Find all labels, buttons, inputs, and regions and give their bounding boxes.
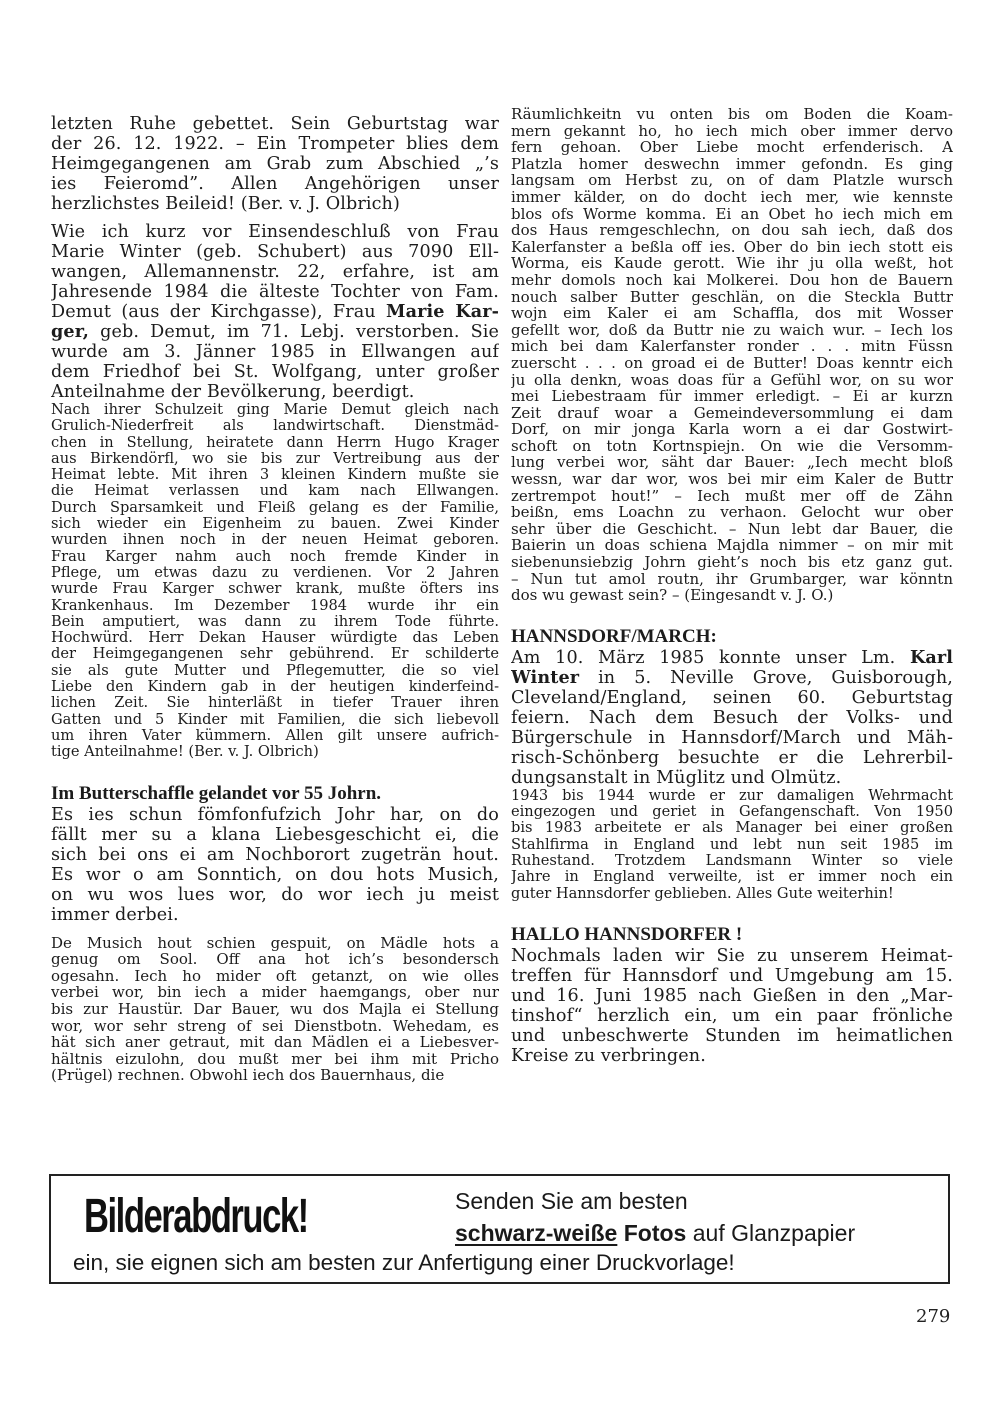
ad-line-3: ein, sie eignen sich am besten zur Anfer… [73,1250,735,1276]
text-line: Nochmals laden wir Sie zu unserem Heimat… [511,946,953,966]
text-line: hältnis eizulohn, dou mußt mer bei ihm m… [51,1051,499,1068]
text-line: sich bei ons ei am Nochborort zugeträn h… [51,845,499,865]
text-line: Krankenhaus. Im Dezember 1984 wurde ihr … [51,598,499,614]
text-line: dos wu gewast sein? – (Eingesandt v. J. … [511,587,953,604]
document-page: letzten Ruhe gebettet. Sein Geburtstag w… [0,0,1000,1413]
text-line: Gatten und 5 Kinder mit Familien, die si… [51,712,499,728]
text-line: feiern. Nach dem Besuch der Volks- und [511,708,953,728]
text-line: wurde Frau Karger schwer krank, mußte öf… [51,581,499,597]
butterschaffle-heading: Im Butterschaffle gelandet vor 55 Johrn. [51,783,499,805]
text-line: guter Hannsdorfer geblieben. Alles Gute … [511,886,953,902]
text-line: wurde am 3. Jänner 1985 in Ellwangen auf [51,342,499,362]
text-line: Dorf, on mir jonga Karla worn a ei dar G… [511,421,953,438]
text-line: gefellt wor, doß da Buttr nie zu waich w… [511,322,953,339]
text-line: wor, wor sehr streng of sei Dienstbotn. … [51,1018,499,1035]
text-line: fällt mer su a klana Liebesgeschicht ei,… [51,825,499,845]
text-line: bis zur Haustür. Dar Bauer, wu dos Majla… [51,1001,499,1018]
text-line: Demut (aus der Kirchgasse), Frau Marie K… [51,302,499,322]
hallo-hannsdorfer-heading: HALLO HANNSDORFER ! [511,924,953,946]
text-line: hät sich aner getraut, mit dan Mädlen ei… [51,1034,499,1051]
text-line: um ihren Vater kümmern. Allen gilt unser… [51,728,499,744]
text-line: dem Friedhof bei St. Wolfgang, unter gro… [51,362,499,382]
text-line: mern gekannt ho, ho iech mich ober immer… [511,123,953,140]
text-line: 1943 bis 1944 wurde er zur damaligen Weh… [511,788,953,804]
photo-submission-notice: Bilderabdruck! Senden Sie am besten schw… [49,1174,950,1284]
ad-emphasis-fotos: Fotos [624,1220,687,1246]
left-column: letzten Ruhe gebettet. Sein Geburtstag w… [51,114,499,1084]
ad-title: Bilderabdruck! [84,1190,308,1244]
text-line: Cleveland/England, seinen 60. Geburtstag [511,688,953,708]
text-line: – Nun tut amol routn, ihr Grumbarger, wa… [511,571,953,588]
obituary-olbrich-end: letzten Ruhe gebettet. Sein Geburtstag w… [51,114,499,214]
text-line: wojn eim Kaler ei am Schaffla, dos mit W… [511,305,953,322]
text-line: sehr über die Geschicht. – Nun lebt dar … [511,521,953,538]
text-line: Es ies schun fömfonfufzich Johr har, on … [51,805,499,825]
text-line: sie als gute Mutter und Pflegemutter, di… [51,663,499,679]
text-line: immer kälder, on do docht iech mer, wie … [511,189,953,206]
text-line: Anteilnahme der Bevölkerung, beerdigt. [51,382,499,402]
butterschaffle-continued: Räumlichkeitn vu onten bis om Boden die … [511,106,953,604]
text-line: zuerscht . . . on groad ei de Butter! Do… [511,355,953,372]
text-line: risch-Schönberg besuchte er die Lehrerbi… [511,748,953,768]
text-line: treffen für Hannsdorf und Umgebung am 15… [511,966,953,986]
text-line: wessn, war dar wor, wos bei mir eim Kale… [511,471,953,488]
ad-line-1: Senden Sie am besten [455,1188,688,1215]
hallo-hannsdorfer-text: Nochmals laden wir Sie zu unserem Heimat… [511,946,953,1066]
page-number: 279 [916,1306,950,1327]
text-line: Stahlfirma in England und lebt nun seit … [511,837,953,853]
text-line: der 26. 12. 1922. – Ein Trompeter blies … [51,134,499,154]
text-line: mei Liebestraam für immer erledigt. – Ei… [511,388,953,405]
text-line: blos ofs Worme komma. Ei an Obet ho iech… [511,206,953,223]
text-line: Grulich-Niederfreit als landwirtschaft. … [51,418,499,434]
text-line: tinshof“ herzlich ein, um ein paar frönl… [511,1006,953,1026]
text-line: (Prügel) rechnen. Obwohl iech dos Bauern… [51,1067,499,1084]
text-line: letzten Ruhe gebettet. Sein Geburtstag w… [51,114,499,134]
obituary-karger-intro: Wie ich kurz vor Einsendeschluß von Frau… [51,222,499,402]
text-line: De Musich hout schien gespuit, on Mädle … [51,935,499,952]
text-line: der Heimgegangenen sehr gebührend. Er sc… [51,646,499,662]
hannsdorf-march-heading: HANNSDORF/MARCH: [511,626,953,648]
text-line: fern gehoan. Ober Liebe mocht erfenderis… [511,139,953,156]
text-line: dungsanstalt in Müglitz und Olmütz. [511,768,953,788]
text-line: Kalerfanster a beßla off ies. Ober do bi… [511,239,953,256]
text-line: wangen, Allemannenstr. 22, erfahre, ist … [51,262,499,282]
text-line: Hochwürd. Herr Dekan Hauser würdigte das… [51,630,499,646]
text-line: Wie ich kurz vor Einsendeschluß von Frau [51,222,499,242]
obituary-karger-body: Nach ihrer Schulzeit ging Marie Demut gl… [51,402,499,761]
text-line: sich wieder ein Eigenheim zu bauen. Zwei… [51,516,499,532]
text-line: mich bei dam Kalerfanster ronder . . . m… [511,338,953,355]
text-line: nouch salber Butter geschlän, on die Ste… [511,289,953,306]
text-line: Kreise zu verbringen. [511,1046,953,1066]
text-line: Am 10. März 1985 konnte unser Lm. Karl [511,648,953,668]
ad-emphasis-bw: schwarz-weiße [455,1220,617,1246]
text-line: verbei wor, bin iech a mider haemgangs, … [51,984,499,1001]
text-line: Zeit drauf woar a Gemeindeversommlung ei… [511,405,953,422]
text-line: ies Feieromd”. Allen Angehörigen unser [51,174,499,194]
ad-line-2: schwarz-weiße Fotos auf Glanzpapier [455,1220,855,1247]
text-line: Marie Winter (geb. Schubert) aus 7090 El… [51,242,499,262]
text-line: Jahre in England verweilte, ist er immer… [511,869,953,885]
text-line: Räumlichkeitn vu onten bis om Boden die … [511,106,953,123]
text-line: herzlichstes Beileid! (Ber. v. J. Olbric… [51,194,499,214]
text-line: dos Haus remgeschlechn, on dou sah iech,… [511,222,953,239]
text-line: Bürgerschule in Hannsdorf/March und Mäh- [511,728,953,748]
text-line: Es wor o am Sonntich, on dou hots Musich… [51,865,499,885]
text-line: bis 1983 arbeitete er als Manager bei ei… [511,820,953,836]
hannsdorf-march-intro: Am 10. März 1985 konnte unser Lm. KarlWi… [511,648,953,788]
text-line: on wu wos lues wor, do wor iech ju meist [51,885,499,905]
text-line: ogesahn. Iech ho mider oft getanzt, on w… [51,968,499,985]
text-line: wurden ihnen noch in der neuen Heimat ge… [51,532,499,548]
text-line: aus Birkendörfl, wo sie bis zur Vertreib… [51,451,499,467]
text-line: lung verbei wor, säht dar Bauer: „Iech m… [511,454,953,471]
text-line: lichen Zeit. Sie hinterläßt in tiefer Tr… [51,695,499,711]
text-line: Worma, eis Kaude gerott. Wie ihr ju olla… [511,255,953,272]
text-line: ger, geb. Demut, im 71. Lebj. verstorben… [51,322,499,342]
text-line: ju olla denkn, woas doas für a Gefühl wo… [511,372,953,389]
text-line: beißn, ems Loachn zu verhaon. Gelocht wu… [511,504,953,521]
text-line: Liebe den Kindern gab in der heutigen ki… [51,679,499,695]
text-line: mehr domols noch kai Molkerei. Dou hon d… [511,272,953,289]
text-line: immer derbei. [51,905,499,925]
text-line: Pflege, um etwas dazu zu verdienen. Vor … [51,565,499,581]
text-line: und unbeschwerte Stunden im heimatlichen [511,1026,953,1046]
butterschaffle-body: De Musich hout schien gespuit, on Mädle … [51,935,499,1084]
text-line: und 16. Juni 1985 nach Gießen in den „Ma… [511,986,953,1006]
text-line: Ruhestand. Trotzdem Landsmann Winter so … [511,853,953,869]
right-column: Räumlichkeitn vu onten bis om Boden die … [511,106,953,1066]
text-line: chen in Stellung, heiratete dann Herrn H… [51,435,499,451]
text-line: siebenunsiebzig Johrn gieht’s noch bis e… [511,554,953,571]
text-line: Nach ihrer Schulzeit ging Marie Demut gl… [51,402,499,418]
text-line: Heimat lebte. Mit ihren 3 kleinen Kinder… [51,467,499,483]
text-line: Bein amputiert, was dann zu ihrem Tode f… [51,614,499,630]
text-line: zertrempot hout!” – Iech mußt mer off de… [511,488,953,505]
text-line: Platzla homer deswechn immer gefondn. Es… [511,156,953,173]
text-line: die Heimat verlassen und kam nach Ellwan… [51,483,499,499]
text-line: schoft on totn Kortnspiejn. On wie die V… [511,438,953,455]
text-line: eingezogen und geriet in Gefangenschaft.… [511,804,953,820]
text-line: Baierin un doas schiena Majdla nimmer – … [511,537,953,554]
hannsdorf-march-body: 1943 bis 1944 wurde er zur damaligen Weh… [511,788,953,902]
text-line: langsam om Herbst zu, on of dam Platzle … [511,172,953,189]
text-line: Winter in 5. Neville Grove, Guisborough, [511,668,953,688]
text-line: Durch Sparsamkeit und Fleiß gelang es de… [51,500,499,516]
butterschaffle-intro: Es ies schun fömfonfufzich Johr har, on … [51,805,499,925]
text-line: Frau Karger nahm auch noch fremde Kinder… [51,549,499,565]
ad-line-2-rest: auf Glanzpapier [693,1220,855,1246]
text-line: Heimgegangenen am Grab zum Abschied „’s [51,154,499,174]
text-line: genug om Sool. Off ana hot ich’s besonde… [51,951,499,968]
text-line: tige Anteilnahme! (Ber. v. J. Olbrich) [51,744,499,760]
text-line: Jahresende 1984 die älteste Tochter von … [51,282,499,302]
